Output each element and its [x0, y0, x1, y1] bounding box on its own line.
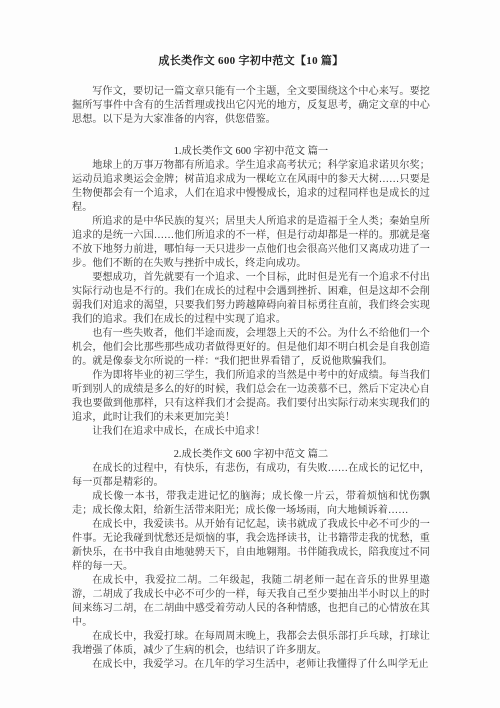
essay-1-para-2: 所追求的是中华民族的复兴；居里夫人所追求的是造福于全人类；秦始皇所追求的是统一六… [72, 215, 430, 271]
essay-1-para-3: 要想成功，首先就要有一个追求、一个目标，此时但是光有一个追求不付出实际行动也是不… [72, 271, 430, 327]
intro-paragraph: 写作文，要切记一篇文章只能有一个主题，全文要围绕这个中心来写。要挖掘所写事件中含… [72, 85, 430, 127]
essay-2-para-4: 在成长中，我爱拉二胡。二年级起，我随二胡老师一起在音乐的世界里遨游，二胡成了我成… [72, 574, 430, 630]
essay-2-para-6: 在成长中，我爱学习。在几年的学习生活中，老师让我懂得了什么叫学无止 [72, 658, 430, 672]
essay-2-para-3: 在成长中，我爱读书。从开始有记忆起，读书就成了我成长中必不可少的一件事。无论我碰… [72, 518, 430, 574]
document-page: 成长类作文 600 字初中范文【10 篇】 写作文，要切记一篇文章只能有一个主题… [0, 0, 500, 708]
document-title: 成长类作文 600 字初中范文【10 篇】 [72, 54, 430, 68]
essay-2-heading: 2.成长类作文 600 字初中范文 篇二 [72, 448, 430, 462]
essay-1-para-5: 作为即将毕业的初三学生，我们所追求的当然是中考中的好成绩。每当我们听到别人的成绩… [72, 369, 430, 425]
essay-1-para-6: 让我们在追求中成长，在成长中追求！ [72, 425, 430, 439]
essay-2-para-2: 成长像一本书，带我走进记忆的脑海；成长像一片云，带着烦恼和忧伤飘走；成长像太阳，… [72, 490, 430, 518]
essay-1-heading: 1.成长类作文 600 字初中范文 篇一 [72, 145, 430, 159]
essay-1-para-4: 也有一些失败者，他们半途而废，会埋怨上天的不公。为什么不给他们一个机会，他们会比… [72, 327, 430, 369]
essay-1-para-1: 地球上的万事万物都有所追求。学生追求高考状元；科学家追求诺贝尔奖；运动员追求奥运… [72, 159, 430, 215]
essay-2-para-5: 在成长中，我爱打球。在每周周末晚上，我都会去俱乐部打乒乓球，打球让我增强了体质，… [72, 630, 430, 658]
essay-2-para-1: 在成长的过程中，有快乐，有悲伤，有成功，有失败……在成长的记忆中，每一页都是精彩… [72, 462, 430, 490]
